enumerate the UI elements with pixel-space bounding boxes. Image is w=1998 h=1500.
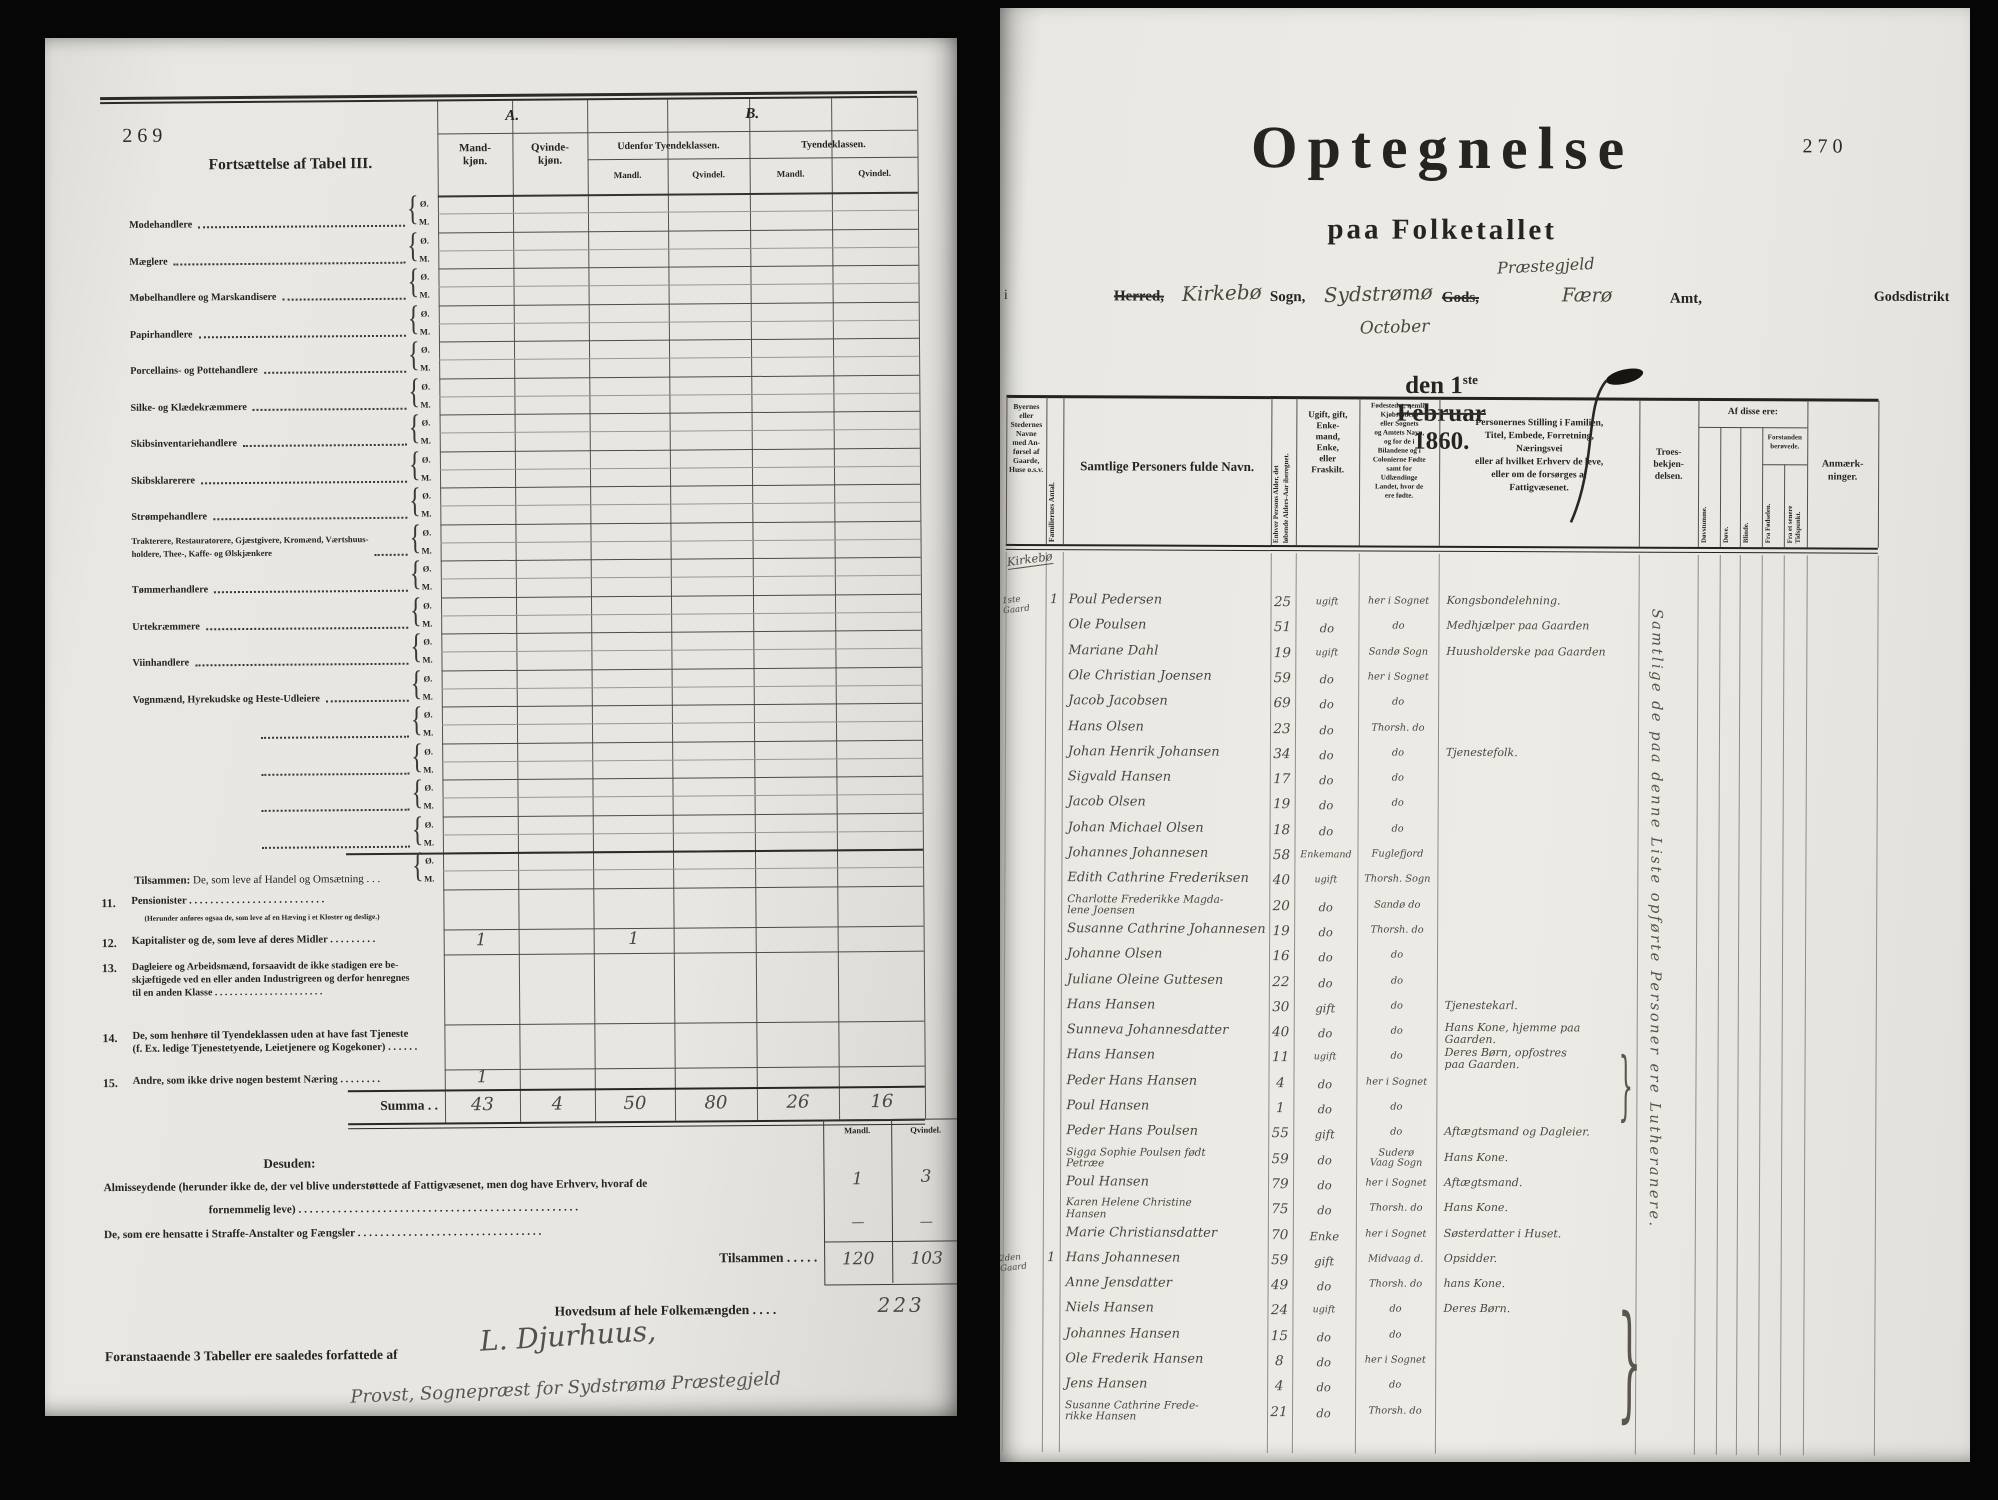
person-status: do bbox=[1294, 1026, 1357, 1040]
person-birthplace: her i Sognet bbox=[1355, 1355, 1435, 1366]
body-column-border bbox=[1803, 555, 1808, 1455]
box-qvindel-header: Qvindel. bbox=[891, 1124, 957, 1135]
person-status: do bbox=[1292, 1406, 1355, 1420]
person-birthplace: her i Sognet bbox=[1358, 672, 1438, 683]
person-name: Peder Hans Poulsen bbox=[1066, 1124, 1266, 1139]
dot-leader bbox=[262, 808, 410, 812]
sub-row-line bbox=[441, 648, 921, 653]
person-status: gift bbox=[1293, 1127, 1356, 1141]
group-row-line bbox=[442, 703, 922, 708]
person-birthplace: Thorsh. do bbox=[1356, 1280, 1436, 1291]
person-birthplace: do bbox=[1355, 1381, 1435, 1392]
occupation-label: Vognmænd, Hyrekudske og Heste-Udleiere bbox=[133, 693, 320, 706]
person-status: gift bbox=[1293, 1254, 1356, 1268]
body-column-border bbox=[1874, 556, 1879, 1456]
person-name: Sigvald Hansen bbox=[1068, 770, 1268, 785]
occupation-label-row: Silke- og Klædekræmmere bbox=[130, 381, 410, 414]
dot-leader bbox=[261, 735, 409, 739]
person-occupation: Aftægtsmand. bbox=[1444, 1177, 1634, 1190]
person-birthplace: do bbox=[1358, 824, 1438, 835]
person-status: do bbox=[1293, 1203, 1356, 1217]
person-occupation: Søsterdatter i Huset. bbox=[1444, 1227, 1634, 1240]
person-status: do bbox=[1292, 1355, 1355, 1369]
header-bottom-rule-2 bbox=[1006, 549, 1878, 554]
row-marker-bottom: M. bbox=[424, 801, 434, 811]
dot-leader bbox=[264, 370, 407, 374]
dot-leader bbox=[213, 516, 407, 521]
header-subcolumn-border bbox=[1720, 427, 1722, 547]
person-name: Karen Helene Christine Hansen bbox=[1066, 1197, 1266, 1221]
person-status: ugift bbox=[1294, 1052, 1357, 1063]
occupation-label: Strømpehandlere bbox=[131, 511, 207, 524]
sub-row-line bbox=[439, 283, 919, 288]
dot-leader bbox=[206, 625, 408, 630]
person-birthplace: do bbox=[1358, 698, 1438, 709]
occupation-label-row: Skibsinventariehandlere bbox=[131, 418, 411, 451]
person-name: Hans Johannesen bbox=[1066, 1251, 1266, 1266]
box-almisse-mandl: 1 bbox=[823, 1169, 891, 1190]
dot-leader bbox=[199, 333, 406, 338]
occupation-label: Viinhandlere bbox=[132, 657, 189, 669]
occupation-label-row: Trakterere, Restauratorere, Gjæstgivere,… bbox=[131, 527, 411, 560]
person-name: Johan Henrik Johansen bbox=[1068, 745, 1268, 760]
row-marker-bottom: M. bbox=[420, 290, 430, 300]
body-column-border bbox=[1780, 555, 1785, 1455]
row-brace: { bbox=[412, 811, 424, 850]
census-title: Optegnelse bbox=[1122, 112, 1762, 184]
summa-value: 26 bbox=[773, 1091, 823, 1112]
gods-name-handwritten: Sydstrømø bbox=[1324, 280, 1433, 307]
row-marker-top: Ø. bbox=[422, 418, 431, 428]
item-bottom-line bbox=[444, 1021, 924, 1026]
dot-leader bbox=[243, 443, 407, 447]
person-birthplace: do bbox=[1357, 976, 1437, 987]
row-marker-bottom: M. bbox=[423, 764, 433, 774]
person-status: do bbox=[1292, 1330, 1355, 1344]
group-row-line bbox=[442, 666, 922, 671]
row-marker-top: Ø. bbox=[421, 381, 430, 391]
person-occupation: Hans Kone, hjemme paa Gaarden. bbox=[1445, 1022, 1635, 1047]
sub-row-line bbox=[442, 757, 922, 762]
children-group-brace: } bbox=[1617, 1250, 1630, 1462]
occupation-label-row: Strømpehandlere bbox=[131, 491, 411, 524]
person-birthplace: do bbox=[1358, 748, 1438, 759]
person-birthplace: Sandø do bbox=[1357, 900, 1437, 911]
left-page-content: 269 Fortsættelse af Tabel III. A.B.Mand-… bbox=[45, 38, 957, 1416]
occupation-label: Møbelhandlere og Marskandisere bbox=[130, 292, 277, 305]
left-page-269: 269 Fortsættelse af Tabel III. A.B.Mand-… bbox=[45, 38, 957, 1416]
col-family-header: Familiernes Antal. bbox=[1047, 404, 1063, 542]
item-bottom-line bbox=[444, 951, 924, 956]
col-occupation-header: Personernes Stilling i Familien, Titel, … bbox=[1439, 416, 1639, 495]
summa-value: 4 bbox=[532, 1093, 582, 1114]
person-birthplace: do bbox=[1358, 799, 1438, 810]
header-group-line bbox=[588, 157, 918, 161]
dot-leader bbox=[253, 406, 407, 410]
forstanden-underline bbox=[1762, 464, 1807, 465]
tilsammen-bottom-line bbox=[443, 885, 923, 890]
person-occupation: Hans Kone. bbox=[1444, 1151, 1634, 1164]
person-status: do bbox=[1293, 1153, 1356, 1167]
sub-row-line bbox=[438, 210, 918, 215]
mandl-subheader: Mandl. bbox=[750, 168, 832, 179]
group-row-line bbox=[438, 265, 918, 270]
person-name: Susanne Cathrine Frede- rikke Hansen bbox=[1065, 1400, 1265, 1424]
person-birthplace: do bbox=[1358, 774, 1438, 785]
col-frafodselen-header: Fra Fødselen. bbox=[1765, 469, 1782, 543]
date-sup: ste bbox=[1463, 372, 1478, 387]
person-name: Ole Frederik Hansen bbox=[1065, 1352, 1265, 1367]
column-border bbox=[512, 101, 521, 1122]
person-name: Susanne Cathrine Johannesen bbox=[1067, 922, 1267, 937]
person-status: do bbox=[1294, 950, 1357, 964]
person-status: do bbox=[1294, 925, 1357, 939]
person-status: Enke bbox=[1293, 1229, 1356, 1243]
person-occupation: Huusholderske paa Gaarden bbox=[1446, 645, 1636, 658]
religion-remark-vertical: Samtlige de paa denne Liste opførte Pers… bbox=[1645, 609, 1665, 1439]
column-border bbox=[749, 99, 758, 1120]
group-row-line bbox=[439, 338, 919, 343]
row-marker-top: Ø. bbox=[424, 710, 433, 720]
person-status: do bbox=[1293, 1102, 1356, 1116]
group-row-line bbox=[443, 812, 923, 817]
family-count: 1 bbox=[1046, 592, 1063, 607]
header-subcolumn-border bbox=[1740, 427, 1742, 547]
group-row-line bbox=[439, 301, 919, 306]
group-row-line bbox=[439, 374, 919, 379]
occupation-label: Skibsklarerere bbox=[131, 475, 195, 488]
date-october-handwritten: October bbox=[1359, 317, 1429, 339]
group-row-line bbox=[440, 520, 920, 525]
row-marker-top: Ø. bbox=[421, 308, 430, 318]
row-marker-bottom: M. bbox=[423, 691, 433, 701]
item-text: Pensionister . . . . . . . . . . . . . .… bbox=[131, 893, 441, 908]
person-status: ugift bbox=[1294, 874, 1357, 885]
person-name: Juliane Oleine Guttesen bbox=[1067, 973, 1267, 988]
person-birthplace: Suderø Vaag Sogn bbox=[1356, 1148, 1436, 1169]
row-brace: { bbox=[410, 629, 422, 668]
group-row-line bbox=[440, 484, 920, 489]
person-status: Enkemand bbox=[1294, 849, 1357, 860]
tilsammen-marker-top: Ø. bbox=[425, 856, 434, 866]
row-marker-top: Ø. bbox=[422, 527, 431, 537]
row-marker-top: Ø. bbox=[422, 454, 431, 464]
tilsammen-row: Tilsammen: De, som leve af Handel og Oms… bbox=[134, 859, 414, 887]
left-page-number: 269 bbox=[122, 125, 167, 148]
occupation-label-row: Tømmerhandlere bbox=[132, 564, 412, 597]
amt-label: Amt, bbox=[1670, 291, 1702, 308]
sogn-name-handwritten: Kirkebø bbox=[1182, 280, 1262, 306]
person-birthplace: her i Sognet bbox=[1359, 596, 1439, 607]
row-brace: { bbox=[408, 300, 420, 339]
person-birthplace: do bbox=[1357, 1052, 1437, 1063]
occupation-label-row bbox=[255, 783, 413, 815]
family-count: 1 bbox=[1043, 1250, 1060, 1265]
tilsammen-rest: De, som leve af Handel og Omsætning . . … bbox=[193, 873, 380, 886]
qvindel-subheader: Qvindel. bbox=[668, 169, 750, 180]
sub-row-line bbox=[439, 356, 919, 361]
col-blinde-header: Blinde. bbox=[1743, 469, 1760, 543]
person-name: Jens Hansen bbox=[1065, 1377, 1265, 1392]
occupation-label: Skibsinventariehandlere bbox=[131, 438, 237, 451]
row-marker-top: Ø. bbox=[423, 564, 432, 574]
person-name: Johannes Johannesen bbox=[1067, 846, 1267, 861]
row-marker-bottom: M. bbox=[422, 545, 432, 555]
row-brace: { bbox=[410, 592, 422, 631]
row-brace: { bbox=[409, 410, 421, 449]
row-marker-bottom: M. bbox=[419, 253, 429, 263]
occupation-label-row bbox=[255, 746, 413, 778]
person-status: do bbox=[1293, 1178, 1356, 1192]
row-brace: { bbox=[411, 665, 423, 704]
dot-leader bbox=[282, 297, 405, 301]
place-entry: 1ste Gaard bbox=[1002, 592, 1050, 617]
group-row-line bbox=[438, 228, 918, 233]
row-marker-bottom: M. bbox=[423, 728, 433, 738]
col-name-header: Samtlige Personers fulde Navn. bbox=[1063, 458, 1271, 475]
scanned-census-document: 269 Fortsættelse af Tabel III. A.B.Mand-… bbox=[0, 0, 1998, 1500]
person-occupation: Hans Kone. bbox=[1444, 1202, 1634, 1215]
afdisse-header: Af disse ere: bbox=[1698, 407, 1807, 417]
header-ab-line bbox=[437, 130, 917, 135]
person-birthplace: her i Sognet bbox=[1356, 1178, 1436, 1189]
occupation-label-row: Porcellains- og Pottehandlere bbox=[130, 345, 410, 378]
person-birthplace: do bbox=[1356, 1102, 1436, 1113]
box-tilsammen-mandl: 120 bbox=[824, 1249, 892, 1270]
occupation-label-row: Viinhandlere bbox=[132, 637, 412, 670]
item-number: 14. bbox=[102, 1031, 117, 1046]
person-name: Sigga Sophie Poulsen født Petræe bbox=[1066, 1147, 1266, 1171]
occupation-label-row: Mæglere bbox=[129, 235, 409, 268]
body-column-border bbox=[1758, 555, 1763, 1455]
occupation-label: Mæglere bbox=[129, 256, 167, 268]
box-straffe-mandl: — bbox=[824, 1215, 892, 1231]
right-page-number: 270 bbox=[1803, 135, 1848, 158]
body-column-border bbox=[1716, 555, 1721, 1455]
row-brace: { bbox=[411, 775, 423, 814]
row-brace: { bbox=[409, 519, 421, 558]
right-page-270: 270 Optegnelse paa Folketallet i Herred,… bbox=[1000, 8, 1970, 1462]
row-marker-bottom: M. bbox=[419, 217, 429, 227]
person-name: Ole Christian Joensen bbox=[1068, 669, 1268, 684]
hovedsum-label: Hovedsum af hele Folkemængden . . . . bbox=[555, 1302, 777, 1320]
item-number: 15. bbox=[103, 1076, 118, 1091]
person-name: Edith Cathrine Frederiksen bbox=[1067, 871, 1267, 886]
row-marker-top: Ø. bbox=[421, 345, 430, 355]
person-status: do bbox=[1295, 697, 1358, 711]
person-birthplace: Thorsh. do bbox=[1357, 925, 1437, 936]
tyendeklassen-header: Tyendeklassen. bbox=[749, 139, 917, 151]
person-name: Hans Olsen bbox=[1068, 720, 1268, 735]
almisse-line-2: fornemmelig leve) . . . . . . . . . . . … bbox=[209, 1200, 821, 1217]
column-border bbox=[587, 100, 596, 1121]
tilsammen-marker-bottom: M. bbox=[424, 874, 434, 884]
row-marker-top: Ø. bbox=[424, 673, 433, 683]
dot-leader bbox=[201, 479, 407, 484]
row-marker-bottom: M. bbox=[422, 582, 432, 592]
row-marker-bottom: M. bbox=[424, 837, 434, 847]
person-occupation: Tjenestefolk. bbox=[1446, 747, 1636, 760]
row-brace: { bbox=[407, 227, 419, 266]
occupation-label-row: Skibsklarerere bbox=[131, 454, 411, 487]
occupation-label-row bbox=[255, 710, 413, 742]
row-marker-bottom: M. bbox=[420, 326, 430, 336]
person-status: do bbox=[1294, 976, 1357, 990]
person-birthplace: Thorsh. do bbox=[1358, 723, 1438, 734]
occupation-label-row bbox=[256, 819, 414, 851]
person-birthplace: Fuglefjord bbox=[1357, 849, 1437, 860]
person-birthplace: Thorsh. Sogn bbox=[1357, 875, 1437, 886]
person-status: do bbox=[1295, 799, 1358, 813]
date-prefix: den 1 bbox=[1405, 372, 1463, 399]
row-marker-bottom: M. bbox=[422, 618, 432, 628]
person-status: do bbox=[1295, 773, 1358, 787]
col-birth-header: Fødestedet, nemlig Kjøbstadens eller Sog… bbox=[1359, 401, 1439, 500]
dot-leader bbox=[174, 260, 406, 265]
row-marker-top: Ø. bbox=[424, 746, 433, 756]
tilsammen-label: Tilsammen: De, som leve af Handel og Oms… bbox=[134, 873, 380, 887]
col-dovstumme-header: Døvstumme. bbox=[1701, 469, 1718, 543]
person-status: ugift bbox=[1295, 647, 1358, 658]
item-value: 1 bbox=[461, 930, 501, 950]
sub-row-line bbox=[440, 465, 920, 470]
person-name: Jacob Jacobsen bbox=[1068, 694, 1268, 709]
person-name: Poul Pedersen bbox=[1069, 593, 1269, 608]
person-name: Hans Hansen bbox=[1067, 1049, 1267, 1064]
item-text: De, som henhøre til Tyendeklassen uden a… bbox=[132, 1028, 442, 1055]
summa-value: 16 bbox=[857, 1091, 907, 1112]
person-name: Poul Hansen bbox=[1066, 1099, 1266, 1114]
left-table-title: Fortsættelse af Tabel III. bbox=[209, 155, 373, 174]
occupation-label: Papirhandlere bbox=[130, 329, 193, 341]
person-name: Jacob Olsen bbox=[1068, 796, 1268, 811]
col-anmaerkninger-header: Anmærk- ninger. bbox=[1807, 457, 1878, 483]
dot-leader bbox=[261, 771, 409, 775]
sub-row-line bbox=[440, 429, 920, 434]
tilsammen-lead: Tilsammen: bbox=[134, 874, 190, 886]
person-occupation: Aftægtsmand og Dagleier. bbox=[1444, 1126, 1634, 1139]
hovedsum-value: 223 bbox=[877, 1293, 924, 1317]
mandkjon-header: Mand- kjøn. bbox=[437, 142, 512, 169]
person-birthplace: her i Sognet bbox=[1356, 1229, 1436, 1240]
desuden-heading: Desuden: bbox=[263, 1155, 315, 1171]
row-marker-top: Ø. bbox=[420, 235, 429, 245]
item-text: Dagleiere og Arbeidsmænd, forsaavidt de … bbox=[132, 958, 442, 999]
row-marker-bottom: M. bbox=[421, 436, 431, 446]
person-name: Mariane Dahl bbox=[1068, 644, 1268, 659]
occupation-label: Porcellains- og Pottehandlere bbox=[130, 365, 258, 378]
person-status: do bbox=[1293, 1077, 1356, 1091]
row-marker-bottom: M. bbox=[421, 509, 431, 519]
person-birthplace: Thorsh. do bbox=[1355, 1406, 1435, 1417]
person-occupation: Opsidder. bbox=[1444, 1253, 1634, 1266]
gods-label: Gods, bbox=[1442, 290, 1479, 307]
item-value: 1 bbox=[614, 928, 654, 948]
col-frasenere-header: Fra et senere Tidspunkt. bbox=[1787, 469, 1805, 543]
occupation-label-row: Møbelhandlere og Marskandisere bbox=[129, 272, 409, 305]
person-occupation: Kongsbondelehning. bbox=[1447, 595, 1637, 608]
person-birthplace: do bbox=[1357, 1001, 1437, 1012]
sub-row-line bbox=[442, 721, 922, 726]
occupation-label: Urtekræmmere bbox=[132, 621, 200, 634]
attestation-line: Foranstaaende 3 Tabeller ere saaledes fo… bbox=[105, 1347, 398, 1365]
group-row-line bbox=[440, 447, 920, 452]
dot-leader bbox=[195, 662, 408, 667]
col-troes-header: Troes- bekjen- delsen. bbox=[1639, 447, 1698, 483]
body-column-border bbox=[1694, 555, 1699, 1455]
occupation-label: Trakterere, Restauratorere, Gjæstgivere,… bbox=[131, 533, 368, 561]
occupation-label-row: Modehandlere bbox=[129, 199, 409, 232]
row-marker-top: Ø. bbox=[423, 600, 432, 610]
item-number: 11. bbox=[101, 896, 115, 911]
column-border bbox=[831, 98, 840, 1119]
row-brace: { bbox=[409, 446, 421, 485]
person-status: gift bbox=[1294, 1001, 1357, 1015]
forstanden-header: Forstanden berøvede. bbox=[1762, 433, 1807, 451]
dot-leader bbox=[198, 224, 405, 229]
person-status: do bbox=[1295, 824, 1358, 838]
row-marker-top: Ø. bbox=[423, 637, 432, 647]
body-column-border bbox=[1002, 552, 1007, 1452]
signature-1: L. Djurhuus, bbox=[479, 1314, 657, 1358]
person-occupation: Deres Børn, opfostres paa Gaarden. bbox=[1445, 1047, 1635, 1072]
qvindekjon-header: Qvinde- kjøn. bbox=[512, 141, 587, 168]
row-brace: { bbox=[411, 702, 423, 741]
sub-row-line bbox=[441, 611, 921, 616]
census-table: Byernes eller Stedernes Navne med An- fø… bbox=[1003, 8, 1970, 10]
row-brace: { bbox=[409, 483, 421, 522]
sub-row-line bbox=[439, 319, 919, 324]
person-birthplace: her i Sognet bbox=[1356, 1077, 1436, 1088]
dot-leader bbox=[375, 552, 408, 555]
dot-leader bbox=[214, 589, 408, 594]
sub-row-line bbox=[440, 502, 920, 507]
person-status: do bbox=[1295, 748, 1358, 762]
box-straffe-qvindel: — bbox=[892, 1214, 957, 1230]
summa-value: 43 bbox=[457, 1094, 507, 1115]
person-status: do bbox=[1295, 723, 1358, 737]
column-b-label: B. bbox=[587, 105, 917, 125]
person-name: Ole Poulsen bbox=[1068, 618, 1268, 633]
col-dove-header: Døve. bbox=[1723, 469, 1738, 543]
children-group-brace: } bbox=[1618, 1018, 1631, 1155]
item-number: 12. bbox=[102, 936, 117, 951]
sub-row-line bbox=[441, 538, 921, 543]
box-mandl-header: Mandl. bbox=[823, 1125, 891, 1136]
item-text: Kapitalister og de, som leve af deres Mi… bbox=[132, 933, 442, 948]
row-brace: { bbox=[408, 337, 420, 376]
occupation-label: Silke- og Klædekræmmere bbox=[130, 401, 246, 414]
person-occupation: Deres Børn. bbox=[1443, 1303, 1633, 1316]
place-entry: 2den Gaard bbox=[1000, 1250, 1047, 1275]
occupation-label-row: Vognmænd, Hyrekudske og Heste-Udleiere bbox=[133, 673, 413, 706]
person-status: do bbox=[1295, 672, 1358, 686]
row-marker-top: Ø. bbox=[425, 819, 434, 829]
person-birthplace: do bbox=[1357, 1027, 1437, 1038]
body-column-border bbox=[1059, 552, 1064, 1452]
tilsammen-brace: { bbox=[412, 848, 424, 887]
row-brace: { bbox=[411, 738, 423, 777]
occupation-label-row: Urtekræmmere bbox=[132, 600, 412, 633]
group-row-line bbox=[442, 739, 922, 744]
person-name: Sunneva Johannesdatter bbox=[1067, 1023, 1267, 1038]
person-status: ugift bbox=[1296, 596, 1359, 607]
row-marker-bottom: M. bbox=[420, 363, 430, 373]
census-subtitle: paa Folketallet bbox=[1122, 212, 1762, 248]
row-marker-bottom: M. bbox=[421, 472, 431, 482]
item-text: Andre, som ikke drive nogen bestemt Næri… bbox=[133, 1073, 443, 1088]
right-page-content: 270 Optegnelse paa Folketallet i Herred,… bbox=[1000, 8, 1970, 1462]
